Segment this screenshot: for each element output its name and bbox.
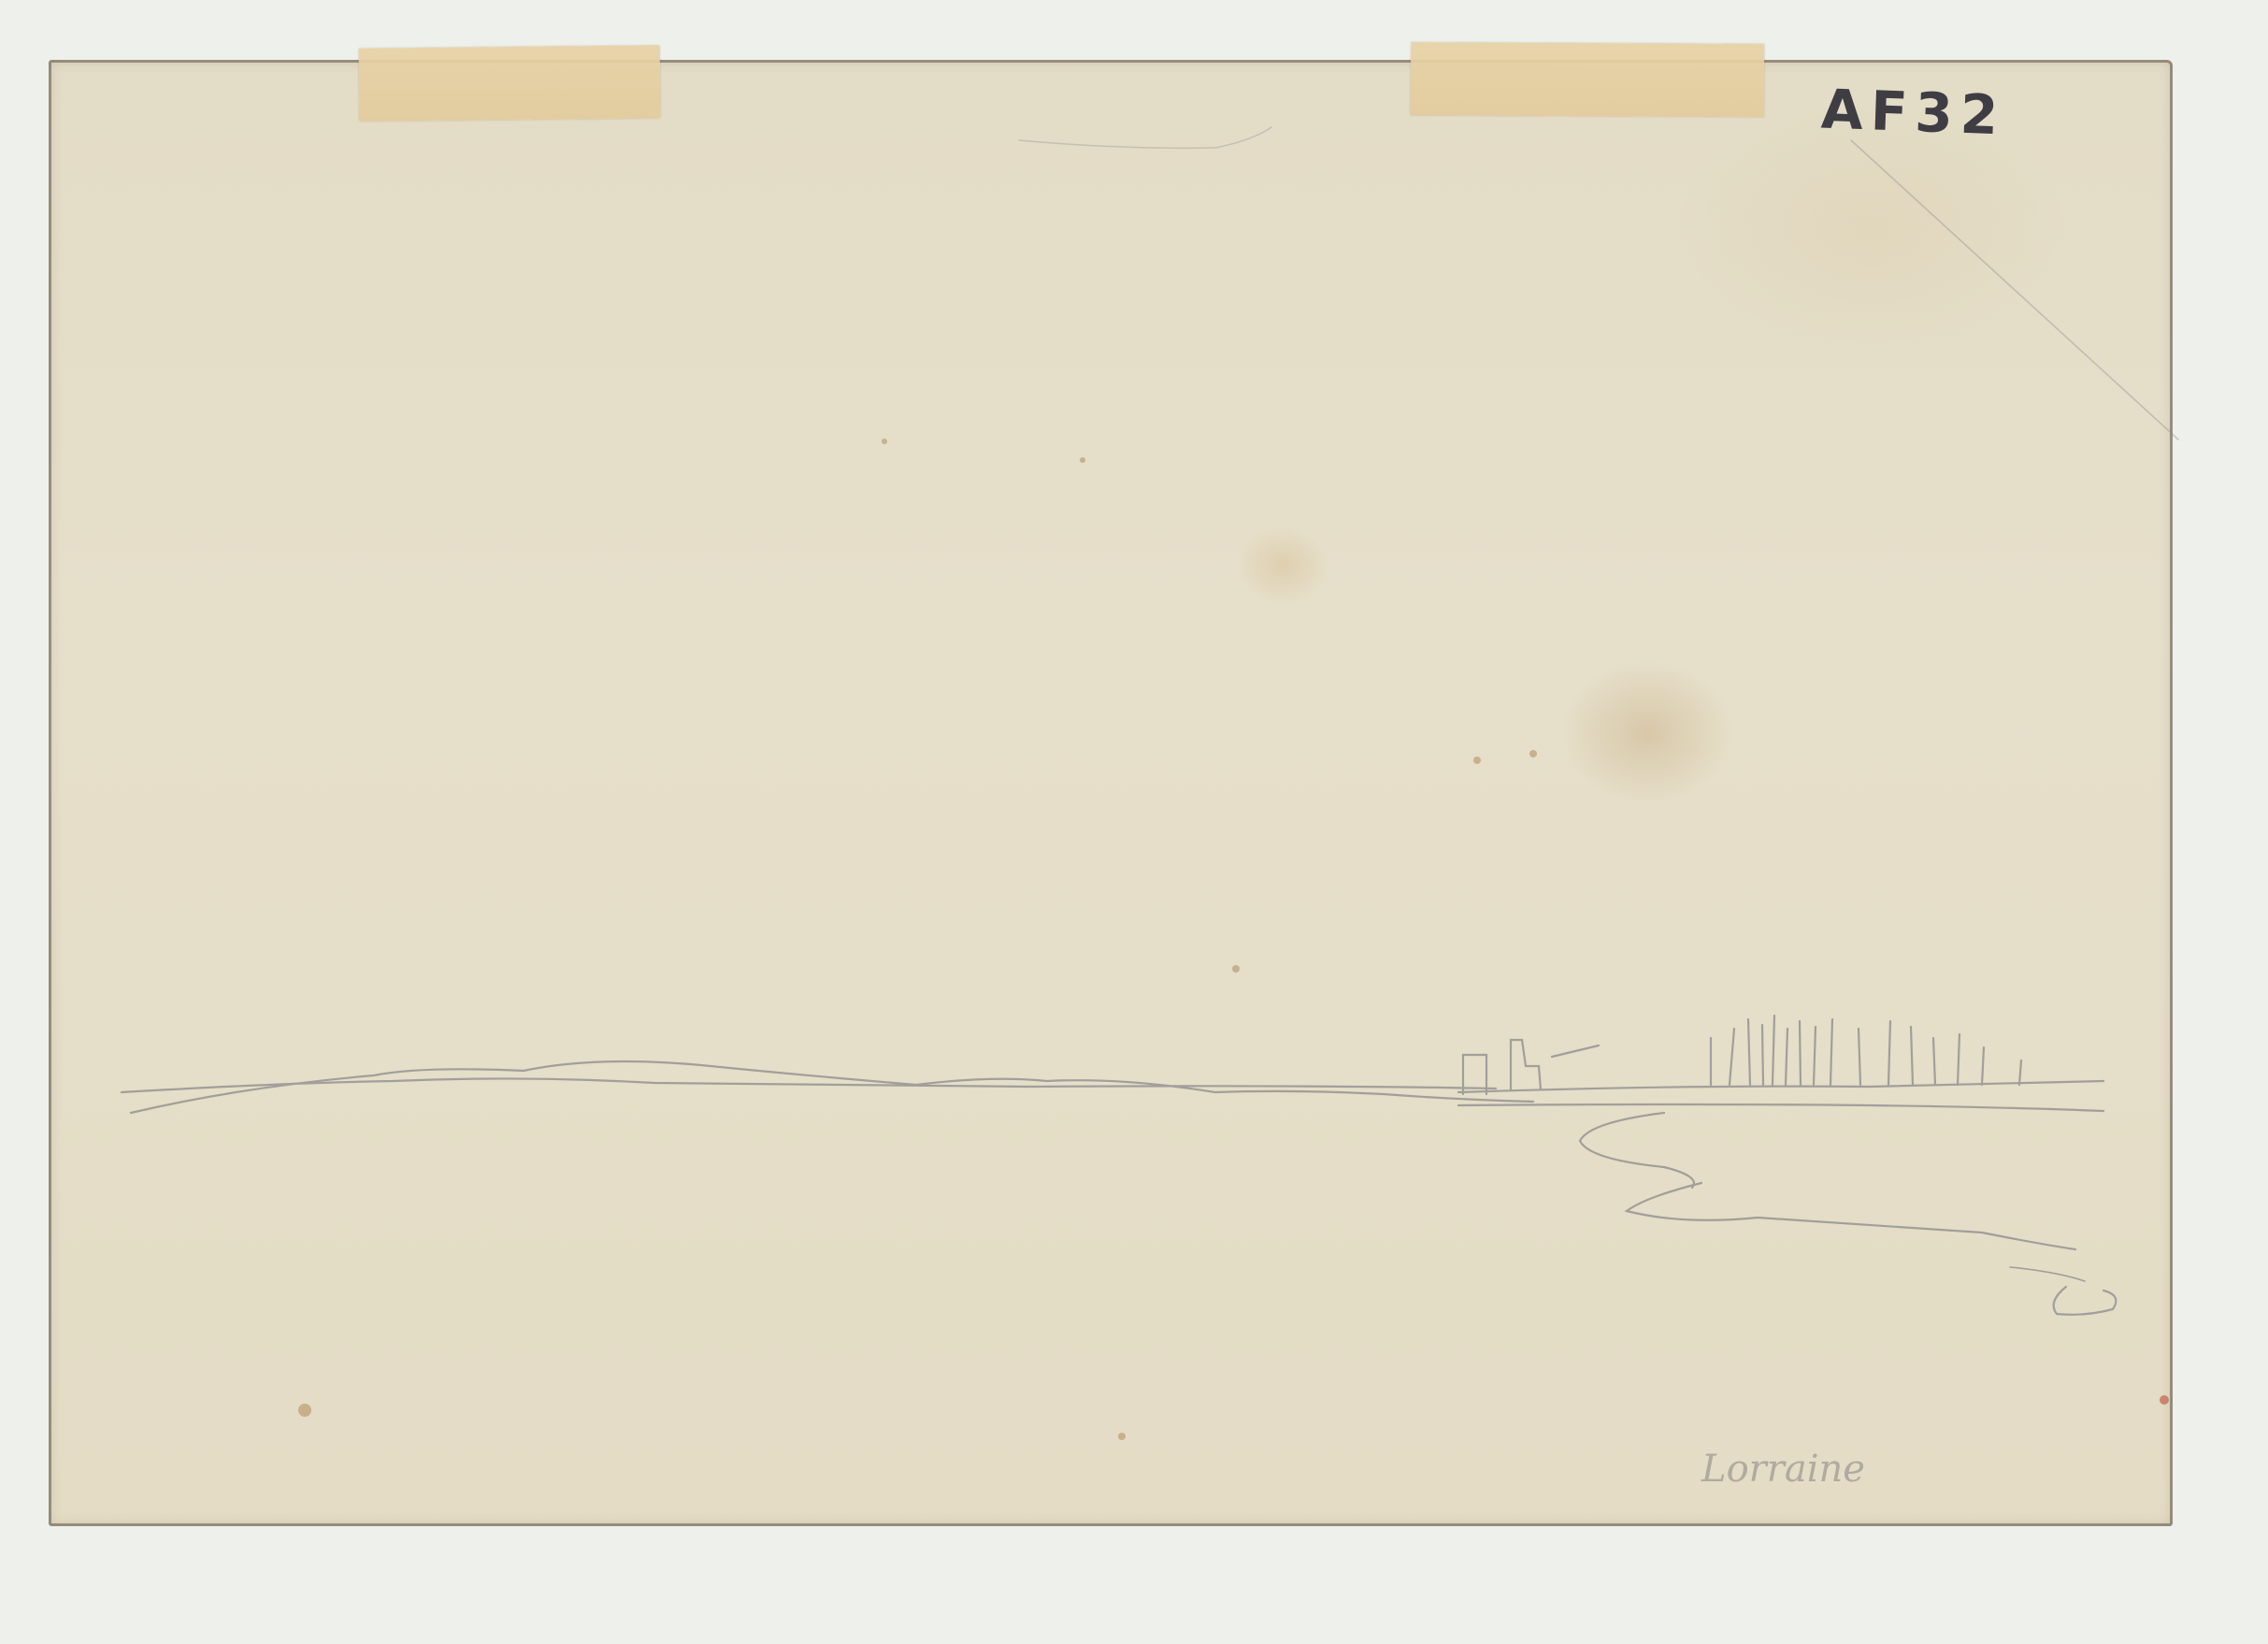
pencil-sketch: [0, 0, 2268, 1644]
